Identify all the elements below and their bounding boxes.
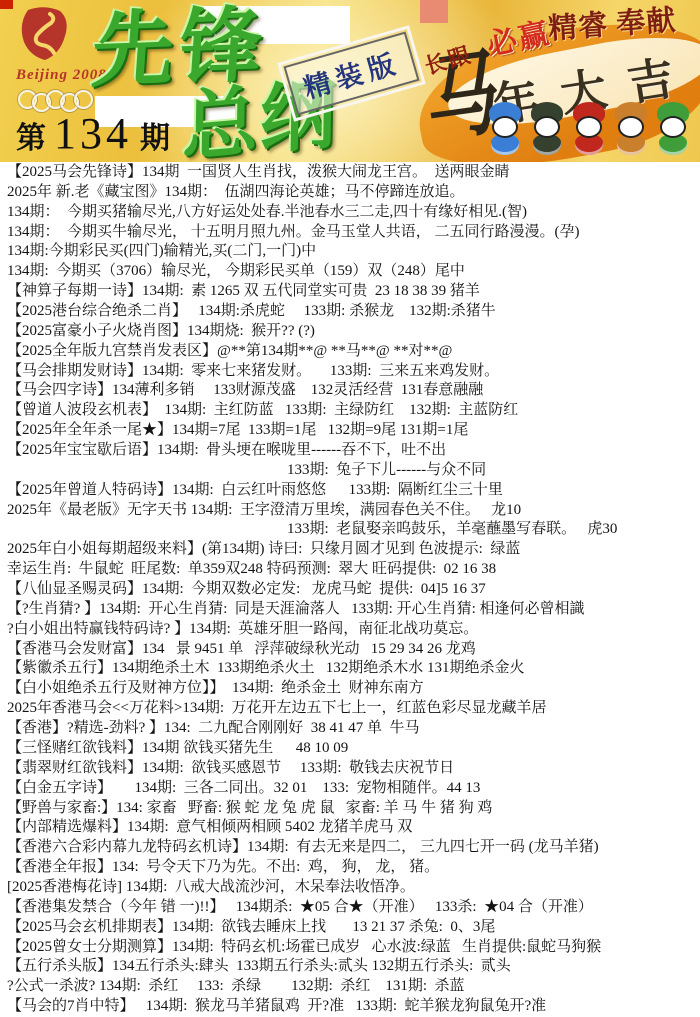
text-line: 【香港马会发财富】134 景 9451 单 浮萍破绿秋光动 15 29 34 2…: [0, 640, 700, 660]
olympic-rings-icon: [18, 86, 86, 110]
beijing-2008-wordmark: Beijing 2008: [16, 67, 86, 84]
text-line: ?公式一杀波? 134期: 杀红 133: 杀绿 132期: 杀红 131期: …: [0, 977, 700, 997]
text-line: 2025年 新.老《藏宝图》134期： 伍湖四海论英雄；马不停蹄连放追。: [0, 183, 700, 203]
text-line: ?白小姐出特赢钱特码诗? 】134期: 英雄牙胆一路闯，南征北战功莫忘。: [0, 620, 700, 640]
issue-number: 134: [46, 109, 140, 158]
fuwa-nini-icon: [654, 102, 692, 158]
text-line: 【2025年宝宝歇后语】134期: 骨头埂在喉咙里------吞不下，吐不出: [0, 441, 700, 461]
text-line: 【2025年曾道人特码诗】134期: 白云红叶雨悠悠 133期: 隔断红尘三十里: [0, 481, 700, 501]
text-line: 【野兽与家畜:】134: 家畜 野畜: 猴 蛇 龙 兔 虎 鼠 家畜: 羊 马 …: [0, 799, 700, 819]
text-line: 【香港全年报】134: 号令天下乃为先。不出: 鸡， 狗， 龙， 猪。: [0, 858, 700, 878]
tip-sheet-body: 【2025马会先锋诗】134期 一国贤人生肖找，泼猴大闹龙王宫。 送两眼金睛20…: [0, 163, 700, 1017]
text-line: 【马会的7肖中特】 134期: 猴龙马羊猪鼠鸡 开?准 133期: 蛇羊猴龙狗鼠…: [0, 997, 700, 1017]
text-line: 134期: 今期买（3706）输尽光， 今期彩民买单（159）双（248）尾中: [0, 262, 700, 282]
text-line: 【2025港台综合绝杀二肖】 134期:杀虎蛇 133期: 杀猴龙 132期:杀…: [0, 302, 700, 322]
text-line: 【翡翠财红欲钱料】134期: 欲钱买感恩节 133期: 敬钱去庆祝节日: [0, 759, 700, 779]
text-line: 134期:今期彩民买(四门)输精光,买(二门,一门)中: [0, 242, 700, 262]
masthead-title-top: 先锋: [89, 5, 271, 93]
fuwa-jingjing-icon: [528, 102, 566, 158]
text-line: 【2025富豪小子火烧肖图】134期烧: 猴开?? (?): [0, 322, 700, 342]
text-line: 【白金五字诗】 134期: 三各二同出。32 01 133: 宠物相随伴。44 …: [0, 779, 700, 799]
text-line: 幸运生肖: 牛鼠蛇 旺尾数: 单359双248 特码预测: 翠大 旺码提供: 0…: [0, 560, 700, 580]
tip-sheet-page: Beijing 2008 第134期 先锋 总纲 精装版 马 年大吉 长跟 必赢…: [0, 0, 700, 1017]
text-line: 【香港集发禁合（今年 错 一)!!】 134期杀: ★05 合★（开准） 133…: [0, 898, 700, 918]
text-line: 【曾道人波段玄机表】 134期: 主红防蓝 133期: 主绿防红 132期: 主…: [0, 401, 700, 421]
text-line: [2025香港梅花诗] 134期: 八戒大战流沙河，木呆奉法收悟净。: [0, 878, 700, 898]
text-line: 【香港六合彩内幕九龙特码玄机诗】134期: 有去无来是四二， 三九四七开一码 (…: [0, 838, 700, 858]
text-line: 2025年香港马会<<万花料>134期: 万花开左边五下七上一，红蓝色彩尽显龙藏…: [0, 699, 700, 719]
dancing-beijing-seal-icon: [20, 6, 70, 62]
issue-suffix: 期: [140, 122, 170, 155]
fuwa-yingying-icon: [612, 102, 650, 158]
text-line: 【2025马会玄机排期表】134期: 欲钱去睡床上找 13 21 37 杀兔: …: [0, 918, 700, 938]
text-line: 【白小姐绝杀五行及财神方位】】 134期: 绝杀金土 财神东南方: [0, 679, 700, 699]
beijing-2008-emblem: Beijing 2008: [16, 6, 86, 106]
text-line: 【马会排期发财诗】134期: 零来七来猪发财。 133期: 三来五来鸡发财。: [0, 362, 700, 382]
text-line: 【2025年全年杀一尾★】134期=7尾 133期=1尾 132期=9尾 131…: [0, 421, 700, 441]
salmon-patch: [420, 0, 448, 23]
text-line: 【2025全年版九宫禁肖发表区】@**第134期**@ **马**@ **对**…: [0, 342, 700, 362]
text-line: 【马会四字诗】134薄利多销 133财源茂盛 132灵活经营 131春意融融: [0, 381, 700, 401]
issue-label: 第134期: [16, 108, 170, 159]
text-line: 【香港】?精选-劲料? 】134: 二九配合刚刚好 38 41 47 单 牛马: [0, 719, 700, 739]
text-line: 134期： 今期买牛输尽光， 十五明月照九州。金马玉堂人共语， 二五同行路漫漫。…: [0, 223, 700, 243]
text-line: 【?生肖猜? 】134期: 开心生肖猜: 同是天涯淪落人 133期: 开心生肖猜…: [0, 600, 700, 620]
text-line: 【2025马会先锋诗】134期 一国贤人生肖找，泼猴大闹龙王宫。 送两眼金睛: [0, 163, 700, 183]
fuwa-huanhuan-icon: [570, 102, 608, 158]
masthead: Beijing 2008 第134期 先锋 总纲 精装版 马 年大吉 长跟 必赢…: [0, 0, 700, 162]
text-line: 【紫徽杀五行】134期绝杀土木 133期绝杀火土 132期绝杀木水 131期绝杀…: [0, 659, 700, 679]
text-line: 【内部精选爆料】134期: 意气相倾两相顾 5402 龙猪羊虎马 双: [0, 818, 700, 838]
text-line: 【2025曾女士分期测算】134期: 特码玄机:场霍已成岁 心水波:绿蓝 生肖提…: [0, 938, 700, 958]
issue-prefix: 第: [16, 122, 46, 155]
fuwa-mascots-row: [486, 102, 692, 158]
text-line: 2025年白小姐每期超级来料】(第134期) 诗曰: 只缘月圆才见到 色波提示:…: [0, 540, 700, 560]
text-line: 【三怪赌红欲钱料】134期 欲钱买猪先生 48 10 09: [0, 739, 700, 759]
text-line: 133期: 兔子下儿------与众不同: [0, 461, 700, 481]
text-line: 【八仙显圣赐灵码】134期: 今期双数必定发: 龙虎马蛇 提供: 04]5 16…: [0, 580, 700, 600]
corner-mark: [0, 0, 13, 9]
text-line: 133期: 老鼠娶亲呜鼓乐，羊毫蘸墨写春联。 虎30: [0, 520, 700, 540]
text-line: 2025年《最老版》无字天书 134期: 王字澄清万里埃，满园春色关不住。 龙1…: [0, 501, 700, 521]
text-line: 134期： 今期买猪输尽光,八方好运处处春.半池春水三二走,四十有缘好相见.(智…: [0, 203, 700, 223]
fuwa-beibei-icon: [486, 102, 524, 158]
text-line: 【五行杀头版】134五行杀头:肆头 133期五行杀头:贰头 132期五行杀头: …: [0, 957, 700, 977]
text-line: 【神算子每期一诗】134期: 素 1265 双 五代同堂实可贵 23 18 38…: [0, 282, 700, 302]
